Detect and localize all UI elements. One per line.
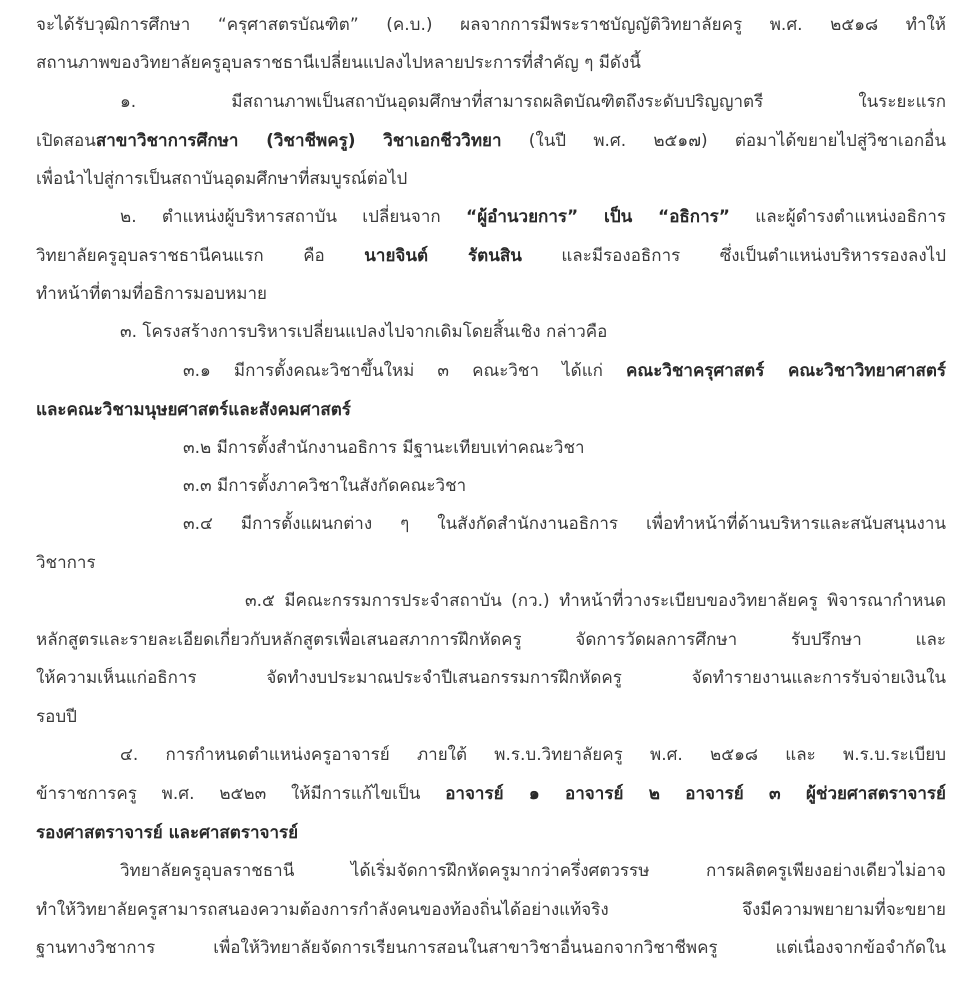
text-line-18: ให้ความเห็นแก่อธิการ จัดทำงบประมาณประจำป… [36,659,946,697]
text: ๔. การกำหนดตำแหน่งครูอาจารย์ ภายใต้ พ.ร.… [120,745,946,765]
sub-item-3-5: ๓.๕ มีคณะกรรมการประจำสถาบัน (กว.) ทำหน้า… [36,582,946,620]
text: สถานภาพของวิทยาลัยครูอุบลราชธานีเปลี่ยนแ… [36,53,641,73]
bold-text: อาจารย์ ๑ อาจารย์ ๒ อาจารย์ ๓ ผู้ช่วยศาส… [445,784,946,804]
text: จะได้รับวุฒิการศึกษา “ครุศาสตรบัณฑิต” (ค… [36,15,946,35]
text: ๓.๕ มีคณะกรรมการประจำสถาบัน (กว.) ทำหน้า… [245,591,946,611]
text: ข้าราชการครู พ.ศ. ๒๕๒๓ ให้มีการแก้ไขเป็น [36,784,445,804]
text-line-7: วิทยาลัยครูอุบลราชธานีคนแรก คือ นายจินต์… [36,237,946,275]
sub-item-3-3: ๓.๓ มีการตั้งภาควิชาในสังกัดคณะวิชา [36,467,946,505]
list-item-2: ๒. ตำแหน่งผู้บริหารสถาบัน เปลี่ยนจาก “ผู… [36,198,946,236]
bold-text: นายจินต์ รัตนสิน [364,246,522,266]
text: ๓.๓ มีการตั้งภาควิชาในสังกัดคณะวิชา [183,476,466,496]
text: วิทยาลัยครูอุบลราชธานี ได้เริ่มจัดการฝึก… [120,861,946,881]
sub-item-3-2: ๓.๒ มีการตั้งสำนักงานอธิการ มีฐานะเทียบเ… [36,429,946,467]
text-line-2: สถานภาพของวิทยาลัยครูอุบลราชธานีเปลี่ยนแ… [36,44,946,82]
text-line-8: ทำหน้าที่ตามที่อธิการมอบหมาย [36,275,946,313]
text: ๑. มีสถานภาพเป็นสถาบันอุดมศึกษาที่สามารถ… [120,92,946,112]
text-line-19: รอบปี [36,698,946,736]
text: ๓. โครงสร้างการบริหารเปลี่ยนแปลงไปจากเดิ… [120,322,607,342]
text: ๓.๒ มีการตั้งสำนักงานอธิการ มีฐานะเทียบเ… [183,438,585,458]
bold-text: คณะวิชาครุศาสตร์ คณะวิชาวิทยาศาสตร์ [626,361,946,381]
text: ๒. ตำแหน่งผู้บริหารสถาบัน เปลี่ยนจาก [120,207,466,227]
text: ให้ความเห็นแก่อธิการ จัดทำงบประมาณประจำป… [36,668,946,688]
text: และผู้ดำรงตำแหน่งอธิการ [730,207,946,227]
text-line-11: และคณะวิชามนุษยศาสตร์และสังคมศาสตร์ [36,391,946,429]
text-line-24: ทำให้วิทยาลัยครูสามารถสนองความต้องการกำล… [36,891,946,929]
text-line-21: ข้าราชการครู พ.ศ. ๒๕๒๓ ให้มีการแก้ไขเป็น… [36,775,946,813]
text: วิทยาลัยครูอุบลราชธานีคนแรก คือ [36,246,364,266]
bold-text: สาขาวิชาการศึกษา (วิชาชีพครู) วิชาเอกชีว… [96,131,502,151]
text: ทำหน้าที่ตามที่อธิการมอบหมาย [36,284,267,304]
bold-text: “ผู้อำนวยการ” เป็น “อธิการ” [466,207,730,227]
text: เปิดสอน [36,131,96,151]
text: ฐานทางวิชาการ เพื่อให้วิทยาลัยจัดการเรีย… [36,938,946,958]
text: (ในปี พ.ศ. ๒๕๑๗) ต่อมาได้ขยายไปสู่วิชาเอ… [502,131,946,151]
text-line-15: วิชาการ [36,544,946,582]
sub-item-3-4: ๓.๔ มีการตั้งแผนกต่าง ๆ ในสังกัดสำนักงาน… [36,505,946,543]
sub-item-3-1: ๓.๑ มีการตั้งคณะวิชาขึ้นใหม่ ๓ คณะวิชา ไ… [36,352,946,390]
text: รอบปี [36,707,77,727]
text: และมีรองอธิการ ซึ่งเป็นตำแหน่งบริหารรองล… [522,246,946,266]
text-line-25: ฐานทางวิชาการ เพื่อให้วิทยาลัยจัดการเรีย… [36,929,946,967]
text-line-5: เพื่อนำไปสู่การเป็นสถาบันอุดมศึกษาที่สมบ… [36,160,946,198]
text: ๓.๑ มีการตั้งคณะวิชาขึ้นใหม่ ๓ คณะวิชา ไ… [183,361,626,381]
text: ทำให้วิทยาลัยครูสามารถสนองความต้องการกำล… [36,900,946,920]
bold-text: และคณะวิชามนุษยศาสตร์และสังคมศาสตร์ [36,400,351,420]
text-line-22: รองศาสตราจารย์ และศาสตราจารย์ [36,814,946,852]
text: หลักสูตรและรายละเอียดเกี่ยวกับหลักสูตรเพ… [36,630,946,650]
list-item-1: ๑. มีสถานภาพเป็นสถาบันอุดมศึกษาที่สามารถ… [36,83,946,121]
list-item-3: ๓. โครงสร้างการบริหารเปลี่ยนแปลงไปจากเดิ… [36,313,946,351]
text-line-4: เปิดสอนสาขาวิชาการศึกษา (วิชาชีพครู) วิช… [36,122,946,160]
text-line-17: หลักสูตรและรายละเอียดเกี่ยวกับหลักสูตรเพ… [36,621,946,659]
text: วิชาการ [36,553,96,573]
text: ๓.๔ มีการตั้งแผนกต่าง ๆ ในสังกัดสำนักงาน… [183,514,946,534]
bold-text: รองศาสตราจารย์ และศาสตราจารย์ [36,823,298,843]
text: เพื่อนำไปสู่การเป็นสถาบันอุดมศึกษาที่สมบ… [36,169,407,189]
list-item-4: ๔. การกำหนดตำแหน่งครูอาจารย์ ภายใต้ พ.ร.… [36,736,946,774]
text-line-1: จะได้รับวุฒิการศึกษา “ครุศาสตรบัณฑิต” (ค… [36,6,946,44]
paragraph-start: วิทยาลัยครูอุบลราชธานี ได้เริ่มจัดการฝึก… [36,852,946,890]
